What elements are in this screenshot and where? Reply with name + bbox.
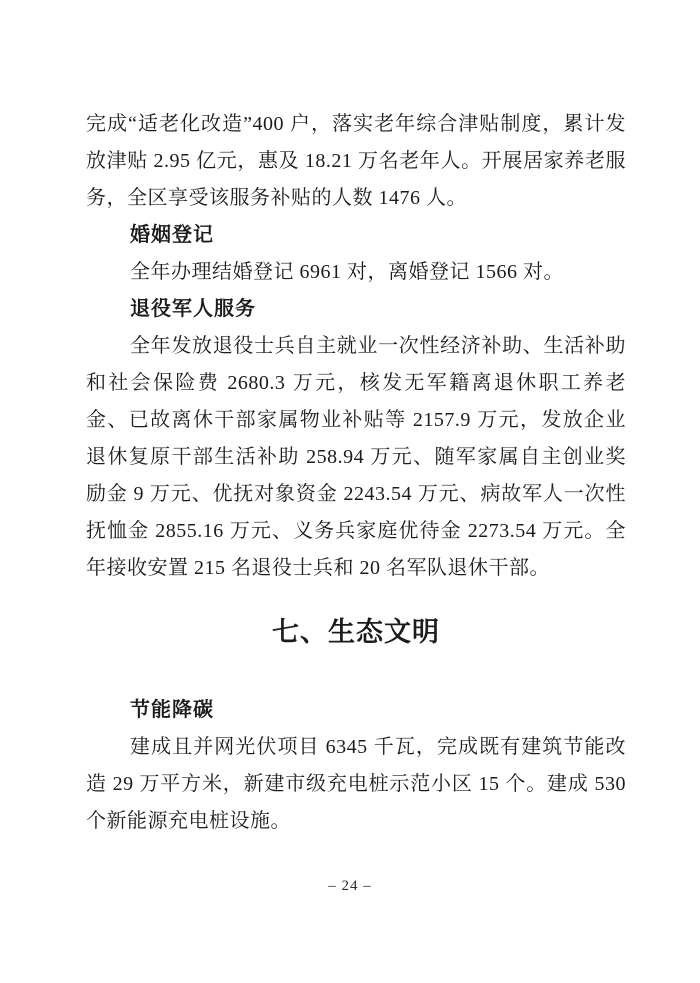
paragraph-veteran-services: 全年发放退役士兵自主就业一次性经济补助、生活补助和社会保险费 2680.3 万元… xyxy=(86,328,626,587)
document-page: 完成“适老化改造”400 户，落实老年综合津贴制度，累计发放津贴 2.95 亿元… xyxy=(0,0,700,983)
heading-energy-saving-carbon-reduction: 节能降碳 xyxy=(130,692,626,729)
page-number: – 24 – xyxy=(0,876,700,896)
paragraph-energy-saving: 建成且并网光伏项目 6345 千瓦，完成既有建筑节能改造 29 万平方米，新建市… xyxy=(86,729,626,840)
heading-marriage-registration: 婚姻登记 xyxy=(130,217,626,254)
heading-veteran-services: 退役军人服务 xyxy=(130,291,626,328)
paragraph-elderly-care-continuation: 完成“适老化改造”400 户，落实老年综合津贴制度，累计发放津贴 2.95 亿元… xyxy=(86,106,626,217)
page-content: 完成“适老化改造”400 户，落实老年综合津贴制度，累计发放津贴 2.95 亿元… xyxy=(86,106,626,840)
paragraph-marriage-registration: 全年办理结婚登记 6961 对，离婚登记 1566 对。 xyxy=(86,254,626,291)
section-title-ecological-civilization: 七、生态文明 xyxy=(86,612,626,652)
